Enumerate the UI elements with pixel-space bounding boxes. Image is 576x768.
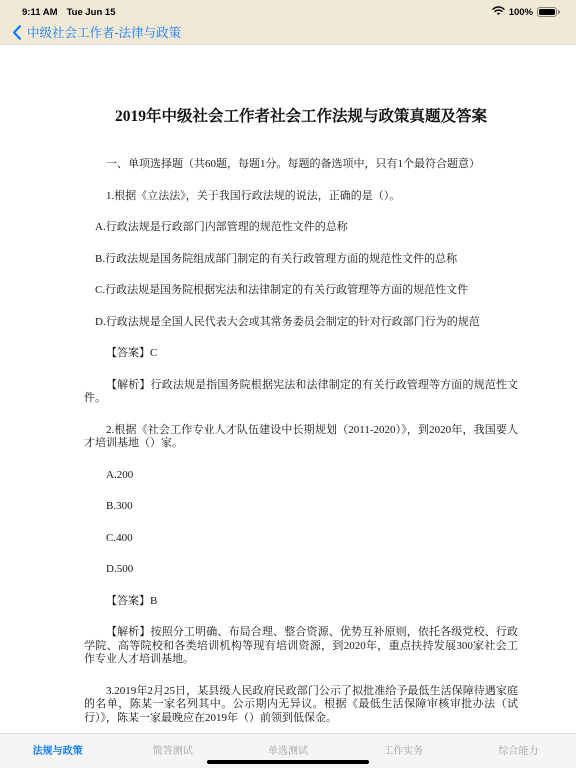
top-bar: 9:11 AMTue Jun 15 100% (0, 0, 576, 45)
question-2-option-a: A.200 (84, 469, 518, 483)
question-3: 3.2019年2月25日，某县级人民政府民政部门公示了拟批准给予最低生活保障待遇… (84, 685, 518, 726)
nav-bar: 中级社会工作者-法律与政策 (0, 20, 576, 44)
question-2: 2.根据《社会工作专业人才队伍建设中长期规划（2011-2020）》，到2020… (84, 424, 518, 451)
section-intro: 一、单项选择题（共60题，每题1分。每题的备选项中，只有1个最符合题意） (84, 158, 518, 172)
question-1-option-d: D.行政法规是全国人民代表大会或其常务委员会制定的针对行政部门行为的规范 (84, 316, 518, 330)
back-button-label: 中级社会工作者-法律与政策 (27, 23, 181, 41)
tab-label: 单选测试 (268, 742, 308, 768)
tab-label: 综合能力 (498, 742, 538, 768)
question-2-option-c: C.400 (84, 532, 518, 546)
battery-icon (537, 7, 560, 17)
question-1-answer: 【答案】C (84, 347, 518, 361)
question-2-option-d: D.500 (84, 563, 518, 577)
tab-label: 法规与政策 (33, 742, 83, 768)
battery-percent-label: 100% (509, 7, 533, 18)
document-title: 2019年中级社会工作者社会工作法规与政策真题及答案 (84, 107, 518, 127)
home-indicator[interactable] (207, 760, 369, 765)
tab-zonghe-nengli[interactable]: 综合能力 (461, 734, 576, 768)
tab-label: 简答测试 (153, 742, 193, 768)
status-date: Tue Jun 15 (67, 7, 116, 18)
question-2-analysis: 【解析】按照分工明确、布局合理、整合资源、优势互补原则，依托各级党校、行政学院、… (84, 626, 518, 667)
question-2-option-b: B.300 (84, 500, 518, 514)
question-1-option-b: B.行政法规是国务院组成部门制定的有关行政管理方面的规范性文件的总称 (84, 253, 518, 267)
status-left: 9:11 AMTue Jun 15 (22, 7, 124, 18)
back-button[interactable]: 中级社会工作者-法律与政策 (12, 23, 181, 41)
status-bar: 9:11 AMTue Jun 15 100% (0, 0, 576, 20)
status-right: 100% (492, 6, 560, 19)
tab-fagui-yu-zhengce[interactable]: 法规与政策 (0, 734, 115, 768)
question-1-analysis: 【解析】行政法规是指国务院根据宪法和法律制定的有关行政管理等方面的规范性文件。 (84, 379, 518, 406)
tab-label: 工作实务 (383, 742, 423, 768)
question-1-option-a: A.行政法规是行政部门内部管理的规范性文件的总称 (84, 221, 518, 235)
question-2-answer: 【答案】B (84, 595, 518, 609)
status-time: 9:11 AM (22, 7, 58, 18)
wifi-icon (492, 6, 505, 19)
question-1: 1.根据《立法法》，关于我国行政法规的说法，正确的是（）。 (84, 190, 518, 204)
question-1-option-c: C.行政法规是国务院根据宪法和法律制定的有关行政管理等方面的规范性文件 (84, 284, 518, 298)
app-screen: 9:11 AMTue Jun 15 100% (0, 0, 576, 768)
document-scroll-area[interactable]: 2019年中级社会工作者社会工作法规与政策真题及答案 一、单项选择题（共60题，… (0, 45, 576, 733)
chevron-left-icon (12, 25, 22, 40)
